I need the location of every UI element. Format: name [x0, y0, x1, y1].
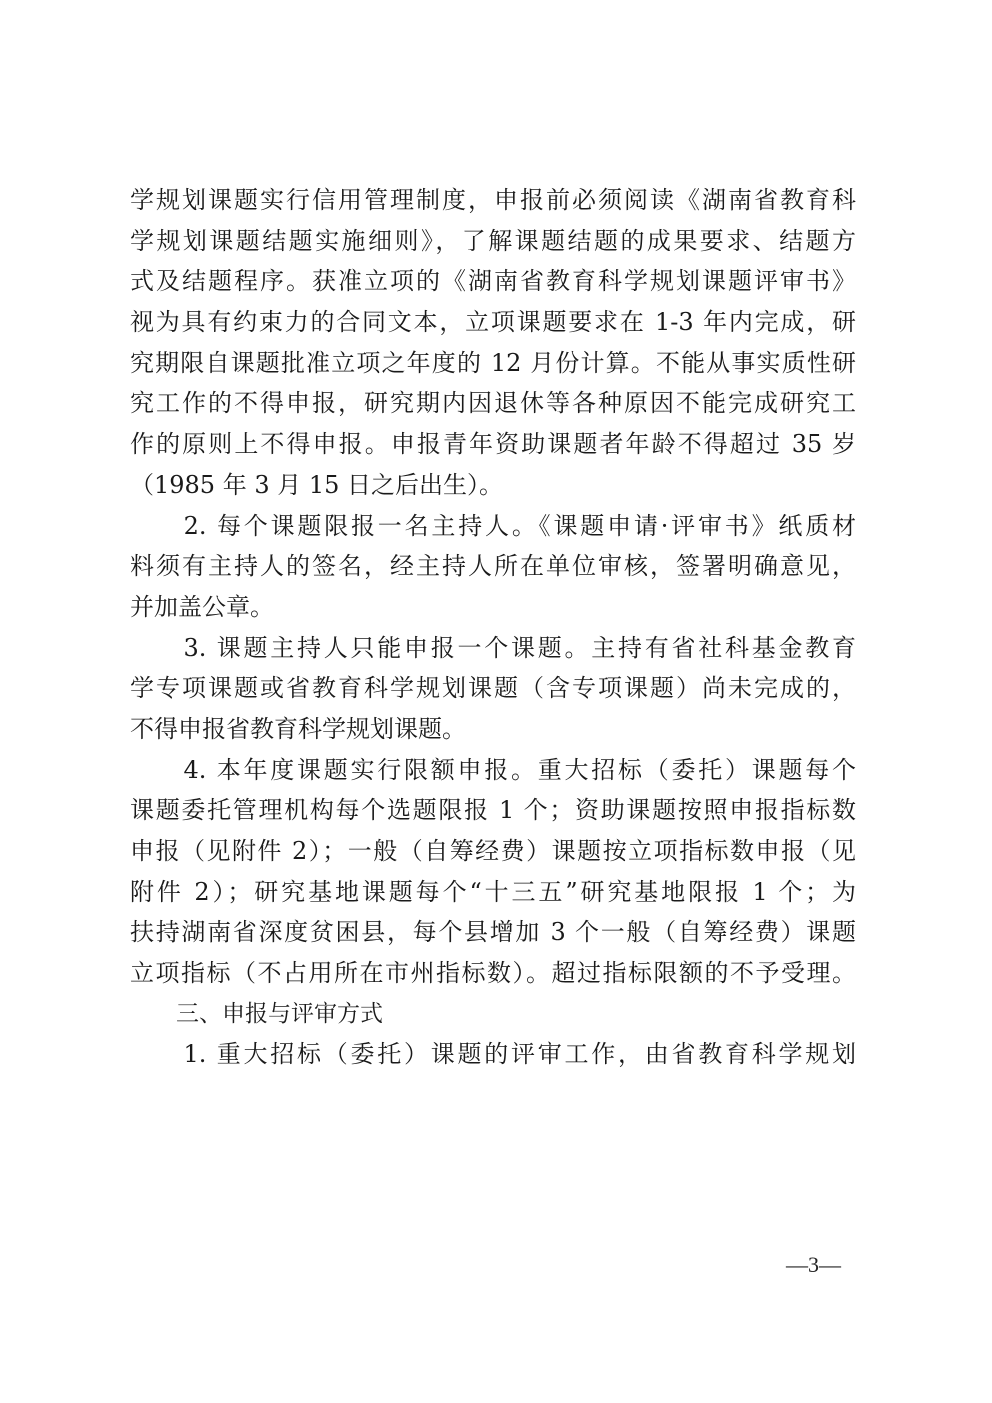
paragraph-line: 式及结题程序。获准立项的《湖南省教育科学规划课题评审书》: [130, 261, 856, 302]
paragraph-line: 视为具有约束力的合同文本，立项课题要求在 1-3 年内完成，研: [130, 302, 856, 343]
paragraph-line: 学规划课题实行信用管理制度，申报前必须阅读《湖南省教育科: [130, 180, 856, 221]
item-2-line: 并加盖公章。: [130, 587, 856, 628]
paragraph-line: （1985 年 3 月 15 日之后出生）。: [130, 465, 856, 506]
item-2-line: 2. 每个课题限报一名主持人。《课题申请·评审书》纸质材: [130, 506, 856, 547]
section-heading: 三、申报与评审方式: [130, 994, 856, 1035]
item-4-line: 扶持湖南省深度贫困县，每个县增加 3 个一般（自筹经费）课题: [130, 912, 856, 953]
item-3-line: 学专项课题或省教育科学规划课题（含专项课题）尚未完成的，: [130, 668, 856, 709]
item-3-line: 3. 课题主持人只能申报一个课题。主持有省社科基金教育: [130, 628, 856, 669]
paragraph-line: 究期限自课题批准立项之年度的 12 月份计算。不能从事实质性研: [130, 343, 856, 384]
item-4-line: 立项指标（不占用所在市州指标数）。超过指标限额的不予受理。: [130, 953, 856, 994]
item-3-line: 不得申报省教育科学规划课题。: [130, 709, 856, 750]
item-4-line: 附件 2）；研究基地课题每个“十三五”研究基地限报 1 个；为: [130, 872, 856, 913]
item-2-line: 料须有主持人的签名，经主持人所在单位审核，签署明确意见，: [130, 546, 856, 587]
item-4-line: 4. 本年度课题实行限额申报。重大招标（委托）课题每个: [130, 750, 856, 791]
item-4-line: 课题委托管理机构每个选题限报 1 个；资助课题按照申报指标数: [130, 790, 856, 831]
document-page: 学规划课题实行信用管理制度，申报前必须阅读《湖南省教育科 学规划课题结题实施细则…: [130, 180, 856, 1075]
paragraph-line: 作的原则上不得申报。申报青年资助课题者年龄不得超过 35 岁: [130, 424, 856, 465]
section-item-1-line: 1. 重大招标（委托）课题的评审工作，由省教育科学规划: [130, 1034, 856, 1075]
page-number: —3—: [786, 1252, 841, 1278]
paragraph-line: 学规划课题结题实施细则》，了解课题结题的成果要求、结题方: [130, 221, 856, 262]
item-4-line: 申报（见附件 2）；一般（自筹经费）课题按立项指标数申报（见: [130, 831, 856, 872]
paragraph-line: 究工作的不得申报，研究期内因退休等各种原因不能完成研究工: [130, 383, 856, 424]
